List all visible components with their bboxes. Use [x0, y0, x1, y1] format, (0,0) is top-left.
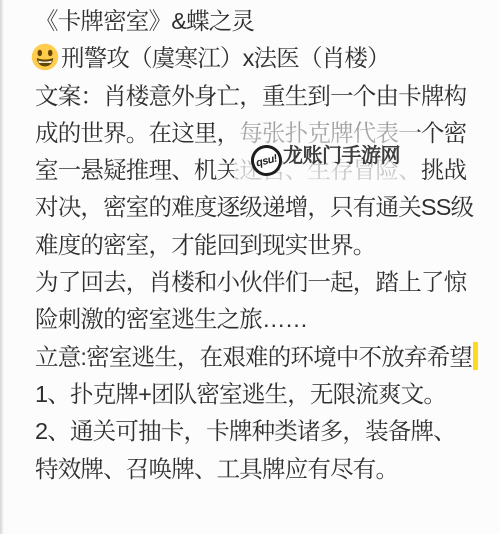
synopsis-line: 险刺激的密室逃生之旅…… — [35, 301, 480, 338]
watermark-site-name: 龙账门手游网 — [283, 139, 400, 168]
synopsis-line: 为了回去，肖楼和小伙伴们一起，踏上了惊 — [35, 264, 480, 301]
theme-text: 立意:密室逃生，在艰难的环境中不放弃希望 — [35, 344, 472, 370]
synopsis-line: 文案：肖楼意外身亡，重生到一个由卡牌构 — [35, 78, 480, 115]
theme-line: 立意:密室逃生，在艰难的环境中不放弃希望 — [35, 339, 480, 376]
document-text-block: 《卡牌密室》&蝶之灵 刑警攻（虞寒江）x法医（肖楼） 文案：肖楼意外身亡，重生到… — [35, 3, 480, 488]
text-caret — [473, 342, 478, 370]
feature-line-2: 2、通关可抽卡，卡牌种类诸多，装备牌、 — [35, 413, 480, 450]
book-title: 《卡牌密室》&蝶之灵 — [35, 3, 480, 40]
synopsis-line: 对决，密室的难度逐级递增，只有通关SS级 — [35, 189, 480, 226]
pairing-line: 刑警攻（虞寒江）x法医（肖楼） — [35, 40, 480, 77]
synopsis-line: 难度的密室，才能回到现实世界。 — [35, 227, 480, 264]
left-edge-shadow — [0, 0, 4, 534]
pairing-text: 刑警攻（虞寒江）x法医（肖楼） — [61, 45, 390, 71]
feature-line-3: 特效牌、召唤牌、工具牌应有尽有。 — [35, 451, 480, 488]
grinning-face-emoji — [31, 43, 59, 71]
feature-line-1: 1、扑克牌+团队密室逃生，无限流爽文。 — [35, 376, 480, 413]
